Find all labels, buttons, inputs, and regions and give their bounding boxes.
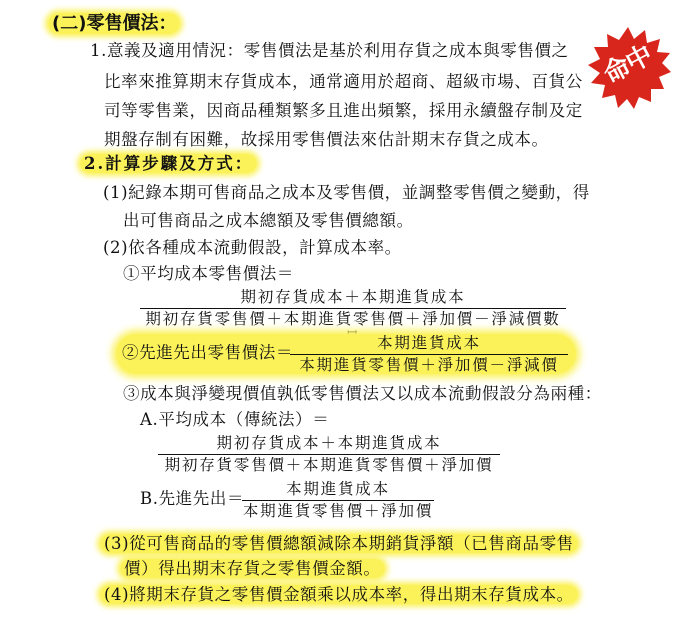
method3b-label: B.先進先出＝ bbox=[140, 489, 244, 509]
hit-stamp-badge: 命中 bbox=[585, 25, 671, 111]
method2-formula: 本期進貨成本 本期進貨零售價＋淨加價－淨減價 bbox=[290, 334, 568, 375]
method2-denominator: 本期進貨零售價＋淨加價－淨減價 bbox=[290, 354, 568, 375]
section-title-text: (二)零售價法： bbox=[48, 13, 180, 34]
item1-line-2: 比率來推算期末存貨成本，通常適用於超商、超級市場、百貨公 bbox=[104, 72, 583, 92]
step2-text: (2)依各種成本流動假設，計算成本率。 bbox=[103, 238, 402, 258]
step3-line-2: 價）得出期末存貨之零售價金額。 bbox=[120, 559, 385, 579]
method3b-formula: 本期進貨成本 本期進貨零售價＋淨加價 bbox=[242, 480, 434, 521]
section-title: (二)零售價法： bbox=[48, 12, 180, 36]
method3b-denominator: 本期進貨零售價＋淨加價 bbox=[242, 500, 434, 521]
method2-label: ②先進先出零售價法＝ bbox=[122, 343, 293, 363]
step1-line-1: (1)紀錄本期可售商品之成本及零售價，並調整零售價之變動，得 bbox=[103, 183, 590, 203]
step4-text: (4)將期末存貨之零售價金額乘以成本率，得出期末存貨成本。 bbox=[100, 585, 578, 604]
method1-numerator: 期初存貨成本＋本期進貨成本 bbox=[241, 288, 466, 308]
method3a-numerator: 期初存貨成本＋本期進貨成本 bbox=[217, 434, 442, 454]
method3a-denominator: 期初存貨零售價＋本期進貨零售價＋淨加價 bbox=[158, 454, 500, 475]
item2-title-text: 2.計算步驟及方式： bbox=[80, 154, 257, 173]
step3-line-2-text: 價）得出期末存貨之零售價金額。 bbox=[120, 559, 385, 578]
method3-label: ③成本與淨變現價值孰低零售價法又以成本流動假設分為兩種： bbox=[123, 384, 602, 404]
method3b-numerator: 本期進貨成本 bbox=[286, 480, 390, 500]
method2-numerator: 本期進貨成本 bbox=[377, 334, 481, 354]
method1-label: ①平均成本零售價法＝ bbox=[123, 264, 294, 284]
step3-line-1: (3)從可售商品的零售價總額減除本期銷貨淨額（已售商品零售 bbox=[100, 534, 578, 554]
step1-line-2: 出可售商品之成本總額及零售價總額。 bbox=[123, 211, 414, 231]
method3a-label: A.平均成本（傳統法）＝ bbox=[140, 410, 329, 430]
method3a-formula: 期初存貨成本＋本期進貨成本 期初存貨零售價＋本期進貨零售價＋淨加價 bbox=[158, 434, 500, 475]
item1-line-1: 1.意義及適用情況：零售價法是基於利用存貨之成本與零售價之 bbox=[90, 41, 569, 61]
step4-line: (4)將期末存貨之零售價金額乘以成本率，得出期末存貨成本。 bbox=[100, 585, 578, 605]
item2-title: 2.計算步驟及方式： bbox=[80, 153, 257, 175]
item1-line-4: 期盤存制有困難，故採用零售價法來估計期末存貨之成本。 bbox=[104, 130, 549, 150]
item1-line-3: 司等零售業，因商品種類繁多且進出頻繁，採用永續盤存制及定 bbox=[104, 101, 583, 121]
step3-line-1-text: (3)從可售商品的零售價總額減除本期銷貨淨額（已售商品零售 bbox=[100, 534, 578, 553]
